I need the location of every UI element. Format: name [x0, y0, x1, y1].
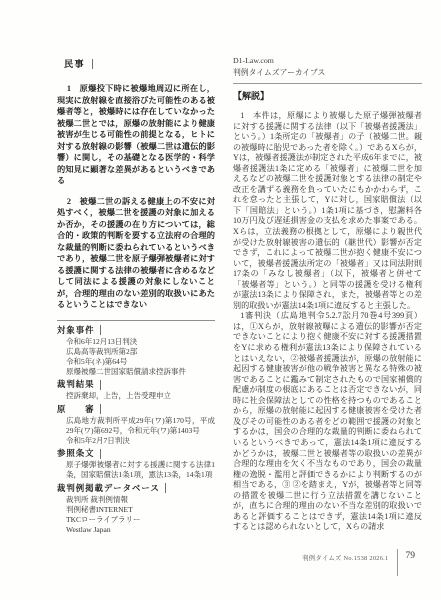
court-name: 広島高等裁判所第2部 — [57, 347, 215, 357]
section-referenced-statutes-header: 参照条文 — [57, 448, 215, 459]
result-label: 裁判結果 — [57, 379, 95, 390]
footer-separator-bar — [397, 549, 398, 576]
headnote-1: 1 原爆投下時に被爆地周辺に所在し，現実に放射線を直接浴びた可能性のある被爆者等… — [57, 83, 215, 187]
databases-label: 裁判例掲載データベース — [57, 483, 160, 494]
section-databases: 裁判例掲載データベース 裁判所 裁判例情報 判例秘書INTERNET TKCロー… — [57, 483, 215, 536]
separator-bar — [92, 59, 93, 69]
judgment-date: 令和6年12月13日判決 — [57, 337, 215, 347]
lower-court-case-numbers: 広島地方裁判所平成29年(ワ)第170号，平成29年(ワ)第692号，令和元年(… — [57, 416, 215, 436]
category-label: 民事 — [64, 57, 85, 70]
source-archive-name: 判例タイムズアーカイブス — [233, 67, 422, 79]
section-lower-court-header: 原 審 — [57, 404, 215, 415]
referenced-statutes: 原子爆弾被爆者に対する援護に関する法律1条，国家賠償法1条1項，憲法13条，14… — [57, 460, 215, 480]
page-number: 79 — [406, 549, 416, 561]
target-case-label: 対象事件 — [57, 325, 95, 336]
journal-page: 民事 1 原爆投下時に被爆地周辺に所在し，現実に放射線を直接浴びた可能性のある被… — [0, 0, 441, 600]
database-entry-westlaw: Westlaw Japan — [57, 525, 215, 535]
right-column: D1-Law.com 判例タイムズアーカイブス 【解説】 1 本件は，原爆により… — [233, 55, 422, 533]
section-result: 裁判結果 控訴棄却，上告，上告受理申立 — [57, 379, 215, 401]
separator-bar — [100, 404, 101, 414]
headnote-2: 2 被爆二世の訴える健康上の不安に対処すべく，被爆二世を援護の対象に加えるか否か… — [57, 196, 215, 311]
lower-court-label: 原 審 — [57, 404, 95, 415]
source-database-name: D1-Law.com — [233, 55, 422, 67]
separator-bar — [165, 483, 166, 493]
left-column: 民事 1 原爆投下時に被爆地周辺に所在し，現実に放射線を直接浴びた可能性のある被… — [57, 57, 215, 537]
journal-reference: 判例タイムズ No.1538 2026.1 — [302, 549, 388, 562]
category-header: 民事 — [64, 57, 215, 70]
separator-bar — [100, 380, 101, 390]
section-target-case: 対象事件 令和6年12月13日判決 広島高等裁判所第2部 令和5年(ネ)第64号… — [57, 325, 215, 378]
database-entry-hanrei-hisho: 判例秘書INTERNET — [57, 505, 215, 515]
section-target-case-header: 対象事件 — [57, 325, 215, 336]
page-footer: 判例タイムズ No.1538 2026.1 79 — [302, 549, 415, 576]
lower-court-judgment-date: 令和5年2月7日判決 — [57, 436, 215, 446]
database-entry-courts: 裁判所 裁判例情報 — [57, 495, 215, 505]
section-referenced-statutes: 参照条文 原子爆弾被爆者に対する援護に関する法律1条，国家賠償法1条1項，憲法1… — [57, 448, 215, 480]
separator-bar — [100, 449, 101, 459]
database-entry-tkc: TKCローライブラリー — [57, 515, 215, 525]
section-result-header: 裁判結果 — [57, 379, 215, 390]
commentary-paragraph-1: 1 本件は，原爆により被爆した原子爆弾被爆者に対する援護に関する法律（以下「被爆… — [233, 111, 422, 311]
separator-bar — [100, 325, 101, 335]
case-title: 原爆被爆二世国家賠償請求控訴事件 — [57, 367, 215, 377]
commentary-divider-rule — [233, 83, 422, 84]
referenced-statutes-label: 参照条文 — [57, 448, 95, 459]
commentary-heading: 【解説】 — [233, 89, 422, 102]
case-number: 令和5年(ネ)第64号 — [57, 357, 215, 367]
section-divider-rule — [57, 320, 215, 321]
result-line: 控訴棄却，上告，上告受理申立 — [57, 391, 215, 401]
section-databases-header: 裁判例掲載データベース — [57, 483, 215, 494]
section-lower-court: 原 審 広島地方裁判所平成29年(ワ)第170号，平成29年(ワ)第692号，令… — [57, 404, 215, 447]
commentary-paragraph-2: 1審判決（広島地判令5.2.7訟月70巻4号399頁）は，①Xらが，放射線被曝に… — [233, 311, 422, 532]
